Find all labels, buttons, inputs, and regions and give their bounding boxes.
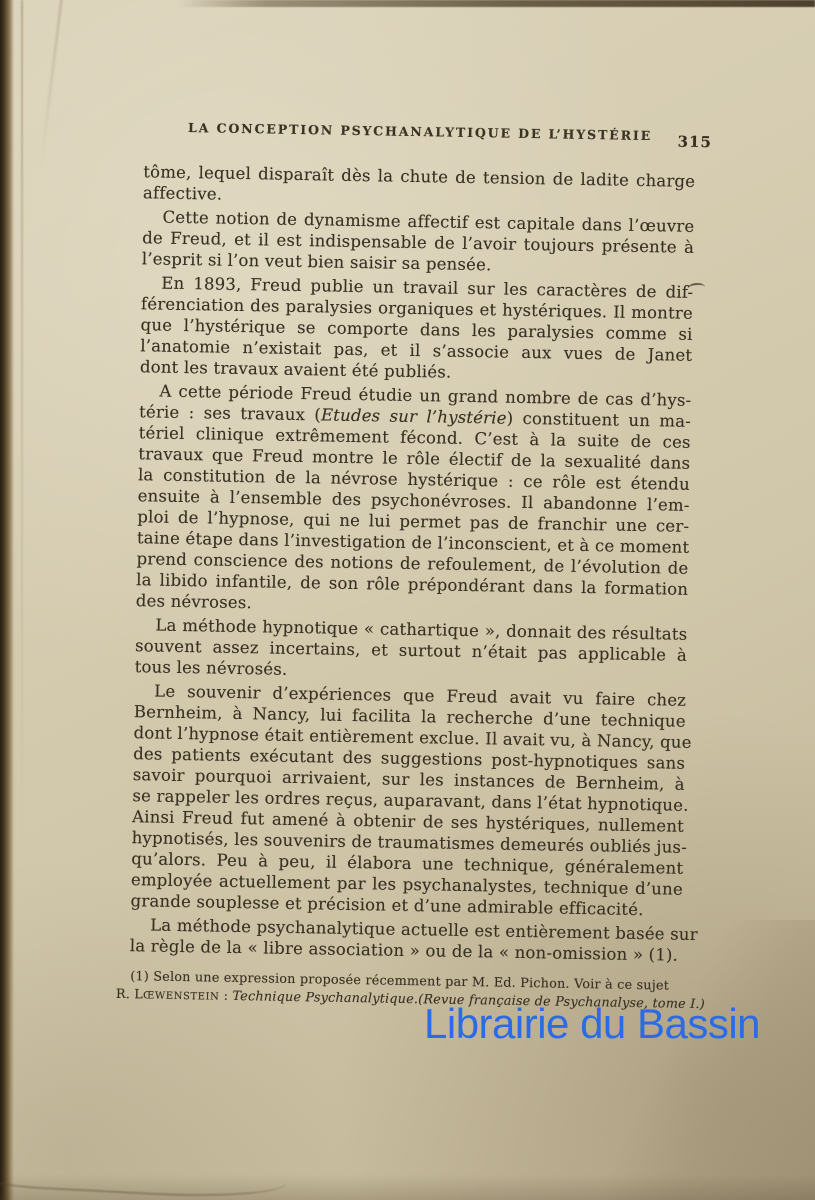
paragraph: tôme, lequel disparaît dès la chute de t… <box>143 161 696 213</box>
page-header: LA CONCEPTION PSYCHANALYTIQUE DE L’HYSTÉ… <box>144 119 696 149</box>
scanned-book-page: LA CONCEPTION PSYCHANALYTIQUE DE L’HYSTÉ… <box>0 0 815 1200</box>
paragraph: La méthode psychanalytique actuelle est … <box>130 914 683 966</box>
book-spine-edge <box>0 0 15 1200</box>
running-title: LA CONCEPTION PSYCHANALYTIQUE DE L’HYSTÉ… <box>188 120 652 143</box>
paper-crease <box>21 0 23 864</box>
paragraph: Cette notion de dynamisme affectif est c… <box>142 206 695 279</box>
paragraph: La méthode hypnotique « cathartique », d… <box>135 614 688 687</box>
watermark-text: Librairie du Bassin <box>424 1000 760 1048</box>
paragraph: En 1893, Freud publie un travail sur les… <box>140 272 694 387</box>
paragraph: Le souvenir d’expériences que Freud avai… <box>130 680 686 921</box>
page-bottom-shadow <box>0 1174 815 1200</box>
page-top-edge <box>178 0 815 7</box>
page-number: 315 <box>677 133 712 152</box>
printed-page-content: LA CONCEPTION PSYCHANALYTIQUE DE L’HYSTÉ… <box>129 119 696 1012</box>
paragraph: A cette période Freud étudie un grand no… <box>136 380 692 621</box>
page-body-text: tôme, lequel disparaît dès la chute de t… <box>130 161 696 966</box>
paper-crease <box>39 0 64 176</box>
